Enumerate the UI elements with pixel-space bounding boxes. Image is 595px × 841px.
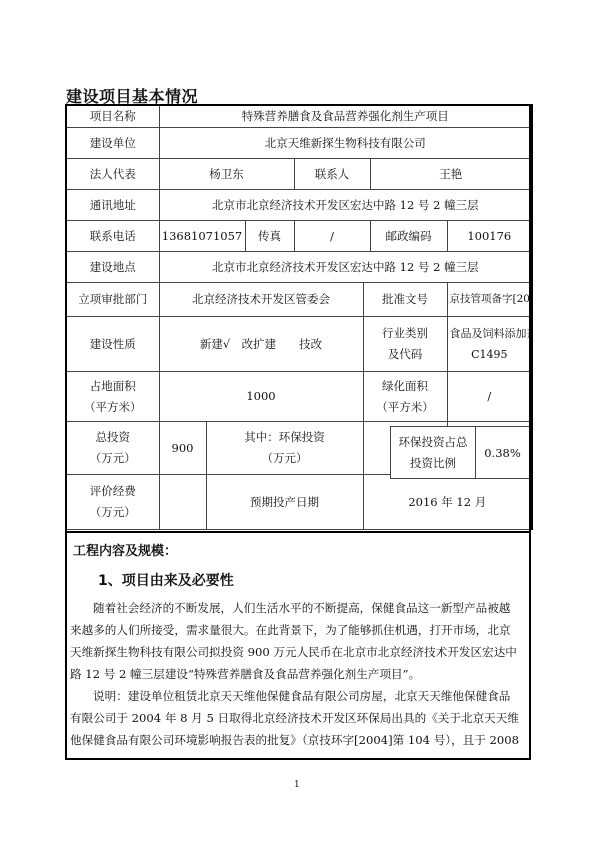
para1-line: 路 12 号 2 幢三层建设“特殊营养膳食及食品营养强化剂生产项目”。 — [70, 663, 528, 685]
table-bottom-divider — [65, 531, 531, 533]
para1-line: 随着社会经济的不断发展，人们生活水平的不断提高，保健食品这一新型产品被越 — [70, 597, 528, 619]
section-heading: 工程内容及规模： — [73, 540, 177, 559]
subheading: 1、项目由来及必要性 — [98, 570, 234, 590]
para2-line: 有限公司于 2004 年 8 月 5 日取得北京经济技术开发区环保局出具的《关于… — [70, 707, 528, 729]
para2-line: 他保健食品有限公司环境影响报告表的批复》（京技环字[2004]第 104 号），… — [70, 729, 528, 751]
paragraph-background: 随着社会经济的不断发展，人们生活水平的不断提高，保健食品这一新型产品被越 来越多… — [70, 597, 528, 751]
para1-line: 天维新探生物科技有限公司拟投资 900 万元人民币在北京市北京经济技术开发区宏达… — [70, 641, 528, 663]
para1-line: 来越多的人们所接受，需求量很大。在此背景下，为了能够抓住机遇，打开市场，北京 — [70, 619, 528, 641]
page-number: 1 — [294, 780, 300, 790]
para2-line: 说明：建设单位租赁北京天天维他保健食品有限公司房屋，北京天天维他保健食品 — [70, 685, 528, 707]
